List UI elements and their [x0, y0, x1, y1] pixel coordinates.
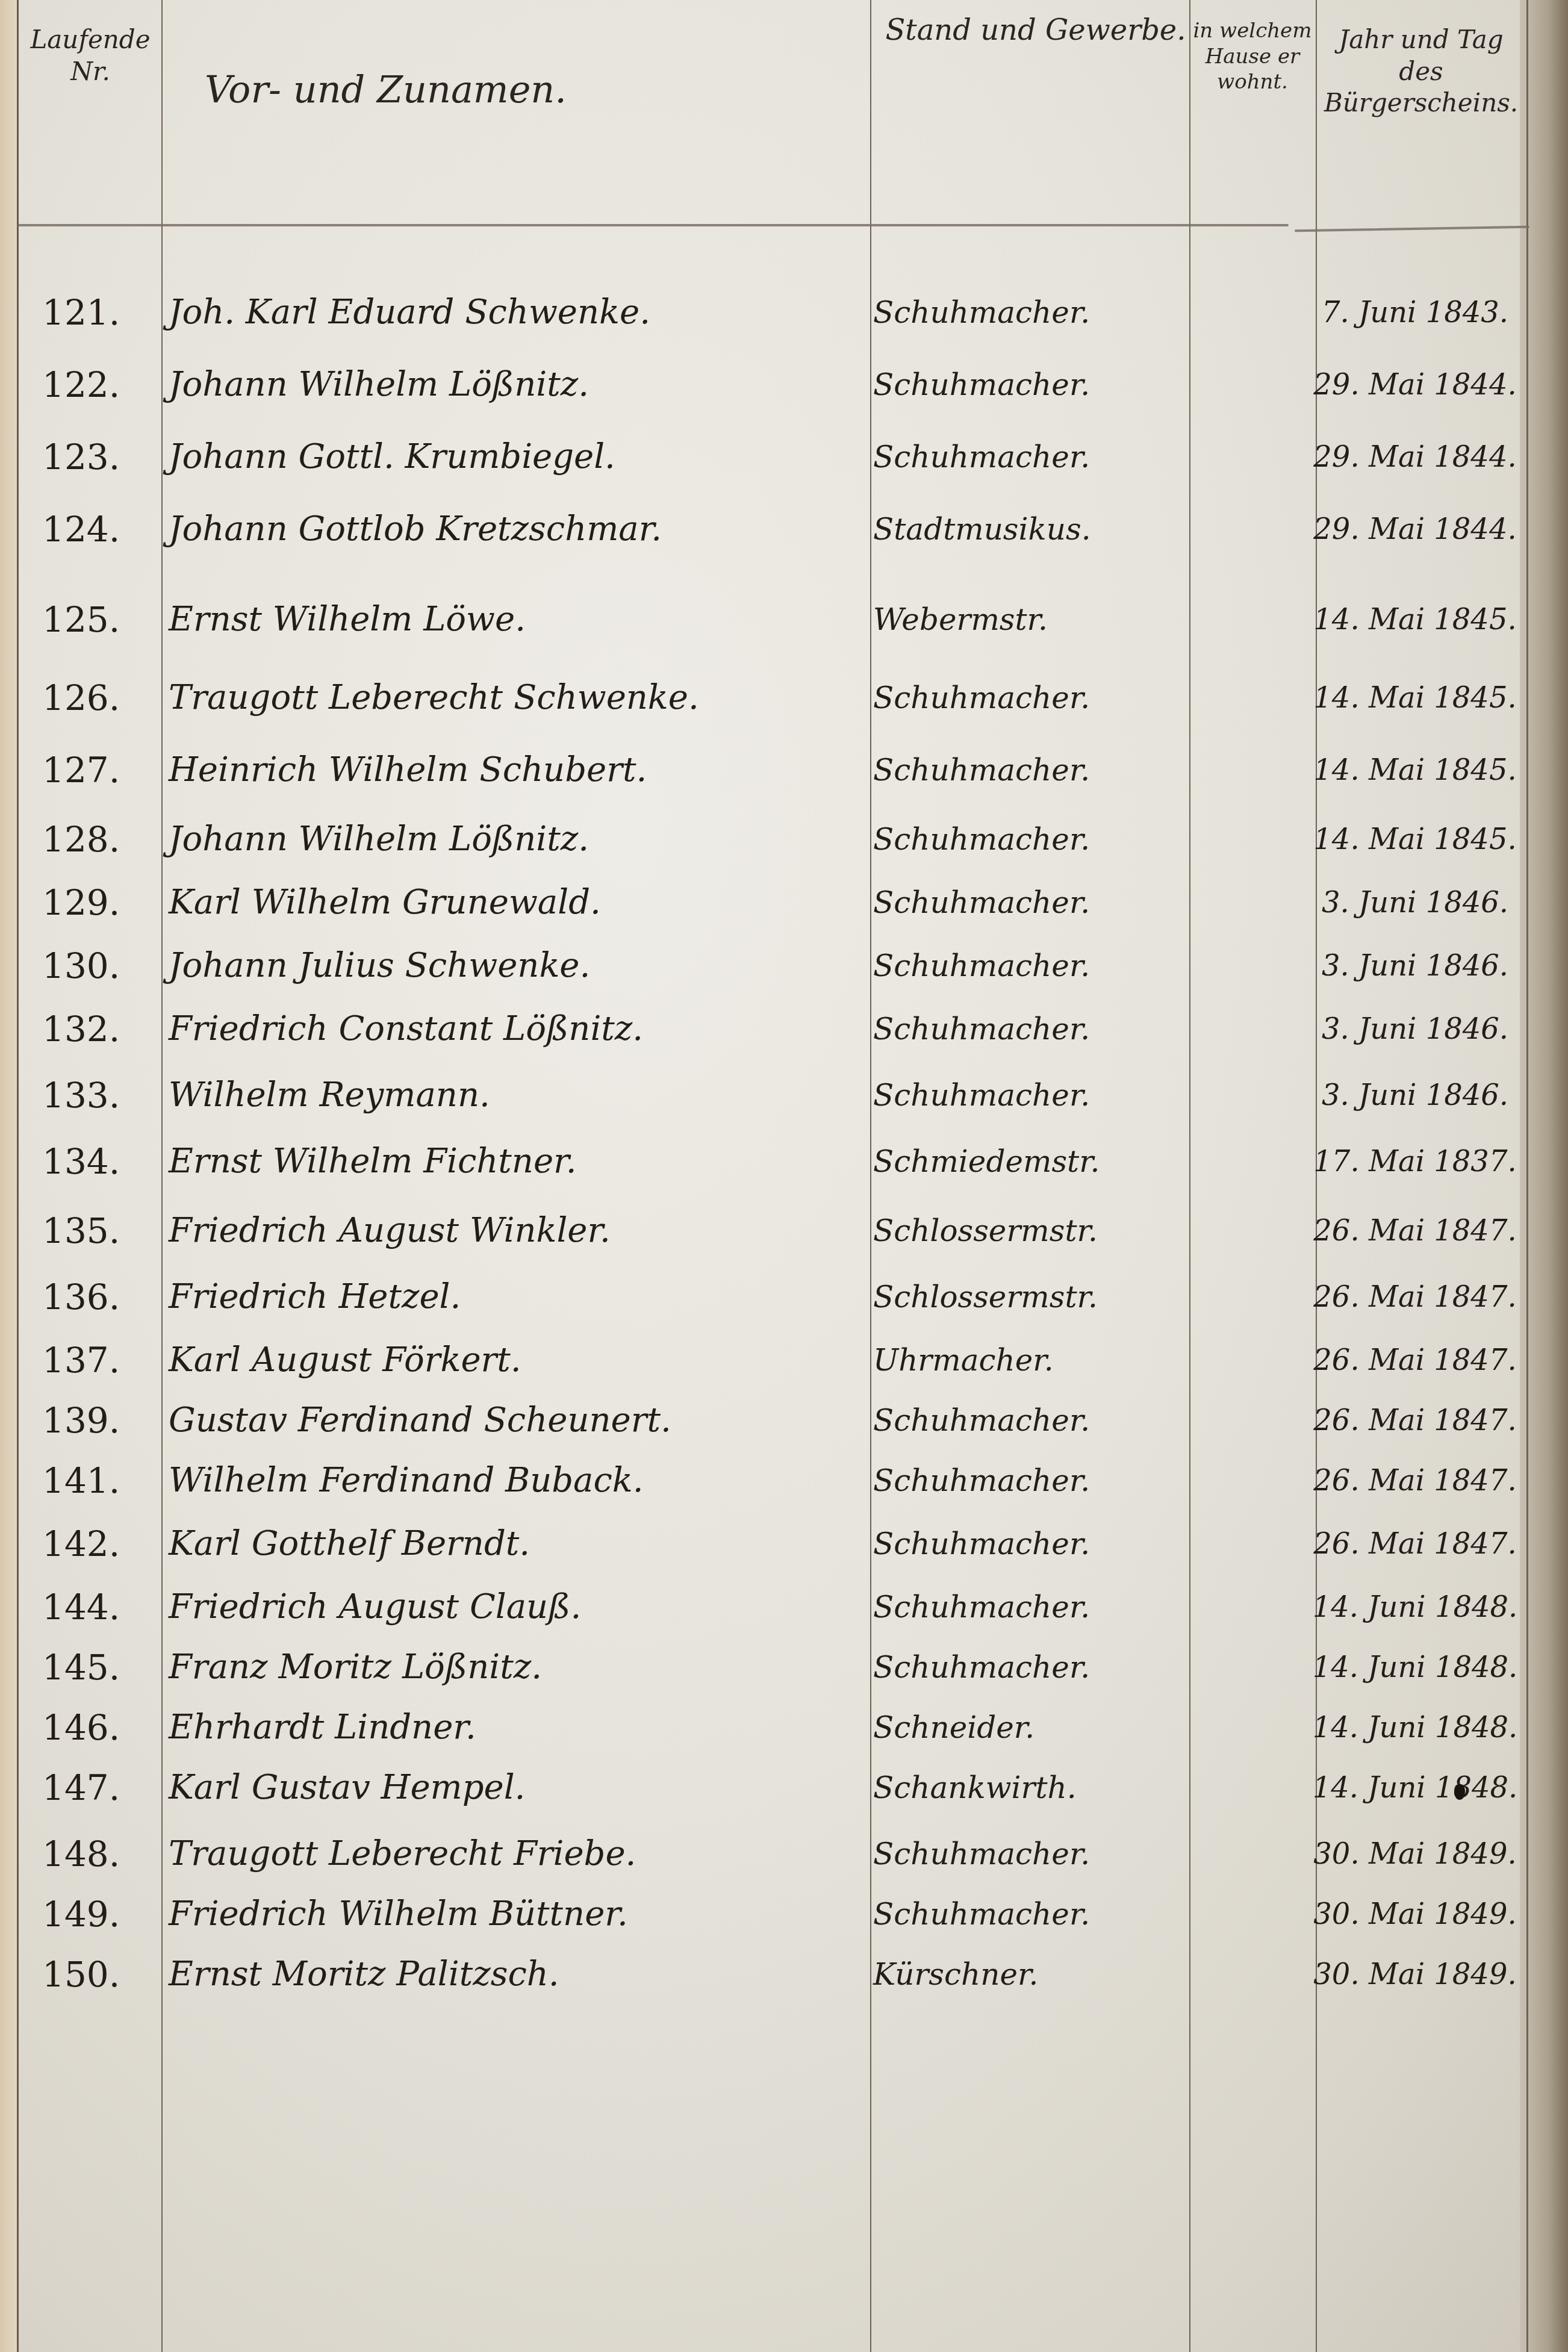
entry-trade: Stadtmusikus. [873, 494, 1186, 565]
entry-name: Friedrich Hetzel. [169, 1262, 867, 1333]
entry-trade: Schlossermstr. [873, 1262, 1186, 1333]
entry-trade: Schankwirth. [873, 1752, 1186, 1823]
register-row: 147. Karl Gustav Hempel. Schankwirth. 14… [0, 1752, 1529, 1823]
entry-number: 142. [42, 1508, 160, 1579]
entry-date: 26. Mai 1847. [1301, 1445, 1529, 1516]
entry-residence [1192, 277, 1310, 348]
entry-date: 30. Mai 1849. [1301, 1939, 1529, 2010]
entry-date: 7. Juni 1843. [1301, 277, 1529, 348]
entry-trade: Schuhmacher. [873, 662, 1186, 733]
entry-name: Joh. Karl Eduard Schwenke. [169, 277, 867, 348]
entry-residence [1192, 584, 1310, 655]
entry-trade: Schuhmacher. [873, 930, 1186, 1001]
register-row: 121. Joh. Karl Eduard Schwenke. Schuhmac… [0, 277, 1529, 348]
register-row: 150. Ernst Moritz Palitzsch. Kürschner. … [0, 1939, 1529, 2010]
entry-residence [1192, 1752, 1310, 1823]
entry-date: 14. Mai 1845. [1301, 662, 1529, 733]
entry-name: Friedrich Constant Lößnitz. [169, 994, 867, 1065]
entry-name: Johann Gottlob Kretzschmar. [169, 494, 867, 565]
entry-trade: Schuhmacher. [873, 994, 1186, 1065]
entry-number: 127. [42, 735, 160, 806]
entry-date: 17. Mai 1837. [1301, 1126, 1529, 1197]
entry-trade: Schuhmacher. [873, 1445, 1186, 1516]
entry-date: 26. Mai 1847. [1301, 1508, 1529, 1579]
entry-date: 14. Mai 1845. [1301, 735, 1529, 806]
ink-blot [1454, 1784, 1465, 1800]
entry-number: 136. [42, 1262, 160, 1333]
entry-date: 26. Mai 1847. [1301, 1262, 1529, 1333]
register-row: 125. Ernst Wilhelm Löwe. Webermstr. 14. … [0, 584, 1529, 655]
entry-date: 3. Juni 1846. [1301, 867, 1529, 938]
entry-number: 130. [42, 930, 160, 1001]
entry-residence [1192, 422, 1310, 493]
register-row: 132. Friedrich Constant Lößnitz. Schuhma… [0, 994, 1529, 1065]
entry-number: 132. [42, 994, 160, 1065]
entry-number: 125. [42, 584, 160, 655]
entry-date: 14. Mai 1845. [1301, 804, 1529, 875]
entry-residence [1192, 930, 1310, 1001]
entry-number: 133. [42, 1060, 160, 1131]
entry-number: 122. [42, 349, 160, 420]
register-row: 141. Wilhelm Ferdinand Buback. Schuhmach… [0, 1445, 1529, 1516]
entry-name: Karl Wilhelm Grunewald. [169, 867, 867, 938]
entry-residence [1192, 494, 1310, 565]
entry-trade: Webermstr. [873, 584, 1186, 655]
register-row: 128. Johann Wilhelm Lößnitz. Schuhmacher… [0, 804, 1529, 875]
entry-number: 128. [42, 804, 160, 875]
entry-residence [1192, 1445, 1310, 1516]
entry-name: Wilhelm Reymann. [169, 1060, 867, 1131]
entry-name: Johann Julius Schwenke. [169, 930, 867, 1001]
register-row: 127. Heinrich Wilhelm Schubert. Schuhmac… [0, 735, 1529, 806]
entry-residence [1192, 662, 1310, 733]
register-row: 135. Friedrich August Winkler. Schlosser… [0, 1195, 1529, 1266]
entry-trade: Schuhmacher. [873, 735, 1186, 806]
entry-number: 141. [42, 1445, 160, 1516]
entry-date: 14. Juni 1848. [1301, 1752, 1529, 1823]
register-row: 136. Friedrich Hetzel. Schlossermstr. 26… [0, 1262, 1529, 1333]
entry-residence [1192, 867, 1310, 938]
register-row: 134. Ernst Wilhelm Fichtner. Schmiedemst… [0, 1126, 1529, 1197]
register-row: 122. Johann Wilhelm Lößnitz. Schuhmacher… [0, 349, 1529, 420]
entry-trade: Schuhmacher. [873, 1060, 1186, 1131]
entry-residence [1192, 349, 1310, 420]
entry-number: 150. [42, 1939, 160, 2010]
entry-number: 126. [42, 662, 160, 733]
entry-trade: Schuhmacher. [873, 349, 1186, 420]
entry-date: 26. Mai 1847. [1301, 1195, 1529, 1266]
entry-residence [1192, 1508, 1310, 1579]
entry-name: Karl Gotthelf Berndt. [169, 1508, 867, 1579]
entry-residence [1192, 1262, 1310, 1333]
entry-trade: Schuhmacher. [873, 277, 1186, 348]
entry-name: Johann Wilhelm Lößnitz. [169, 804, 867, 875]
header-name: Vor- und Zunamen. [181, 66, 747, 113]
entry-name: Johann Gottl. Krumbiegel. [169, 422, 867, 493]
entry-residence [1192, 1939, 1310, 2010]
header-trade: Stand und Gewerbe. [885, 12, 1186, 48]
entry-trade: Kürschner. [873, 1939, 1186, 2010]
entry-number: 135. [42, 1195, 160, 1266]
entry-residence [1192, 735, 1310, 806]
entry-trade: Schuhmacher. [873, 422, 1186, 493]
entry-date: 29. Mai 1844. [1301, 494, 1529, 565]
register-row: 126. Traugott Leberecht Schwenke. Schuhm… [0, 662, 1529, 733]
entry-name: Karl Gustav Hempel. [169, 1752, 867, 1823]
entry-trade: Schmiedemstr. [873, 1126, 1186, 1197]
entry-name: Johann Wilhelm Lößnitz. [169, 349, 867, 420]
register-row: 129. Karl Wilhelm Grunewald. Schuhmacher… [0, 867, 1529, 938]
entry-name: Ernst Wilhelm Fichtner. [169, 1126, 867, 1197]
entry-name: Heinrich Wilhelm Schubert. [169, 735, 867, 806]
register-row: 130. Johann Julius Schwenke. Schuhmacher… [0, 930, 1529, 1001]
entry-date: 29. Mai 1844. [1301, 422, 1529, 493]
entry-date: 29. Mai 1844. [1301, 349, 1529, 420]
entry-residence [1192, 1060, 1310, 1131]
entry-trade: Schuhmacher. [873, 867, 1186, 938]
entry-name: Ernst Wilhelm Löwe. [169, 584, 867, 655]
entry-number: 147. [42, 1752, 160, 1823]
entry-number: 121. [42, 277, 160, 348]
header-divider [18, 224, 1289, 226]
entry-date: 3. Juni 1846. [1301, 930, 1529, 1001]
register-row: 123. Johann Gottl. Krumbiegel. Schuhmach… [0, 422, 1529, 493]
register-row: 133. Wilhelm Reymann. Schuhmacher. 3. Ju… [0, 1060, 1529, 1131]
header-residence: in welchem Hause er wohnt. [1192, 18, 1313, 95]
entry-number: 134. [42, 1126, 160, 1197]
entry-trade: Schuhmacher. [873, 1508, 1186, 1579]
entry-number: 129. [42, 867, 160, 938]
header-date: Jahr und Tag des Bürgerscheins. [1319, 24, 1523, 119]
entry-residence [1192, 994, 1310, 1065]
entry-number: 124. [42, 494, 160, 565]
entry-name: Traugott Leberecht Schwenke. [169, 662, 867, 733]
register-row: 142. Karl Gotthelf Berndt. Schuhmacher. … [0, 1508, 1529, 1579]
ledger-page: Laufende Nr. Vor- und Zunamen. Stand und… [0, 0, 1568, 2352]
entry-trade: Schuhmacher. [873, 804, 1186, 875]
entry-name: Friedrich August Winkler. [169, 1195, 867, 1266]
entry-name: Ernst Moritz Palitzsch. [169, 1939, 867, 2010]
entry-residence [1192, 1126, 1310, 1197]
entry-date: 3. Juni 1846. [1301, 1060, 1529, 1131]
entry-date: 14. Mai 1845. [1301, 584, 1529, 655]
entry-number: 123. [42, 422, 160, 493]
header-number: Laufende Nr. [24, 24, 157, 87]
entry-trade: Schlossermstr. [873, 1195, 1186, 1266]
entry-name: Wilhelm Ferdinand Buback. [169, 1445, 867, 1516]
header-divider-right [1295, 226, 1529, 232]
entry-date: 3. Juni 1846. [1301, 994, 1529, 1065]
register-row: 124. Johann Gottlob Kretzschmar. Stadtmu… [0, 494, 1529, 565]
entry-residence [1192, 804, 1310, 875]
entry-residence [1192, 1195, 1310, 1266]
